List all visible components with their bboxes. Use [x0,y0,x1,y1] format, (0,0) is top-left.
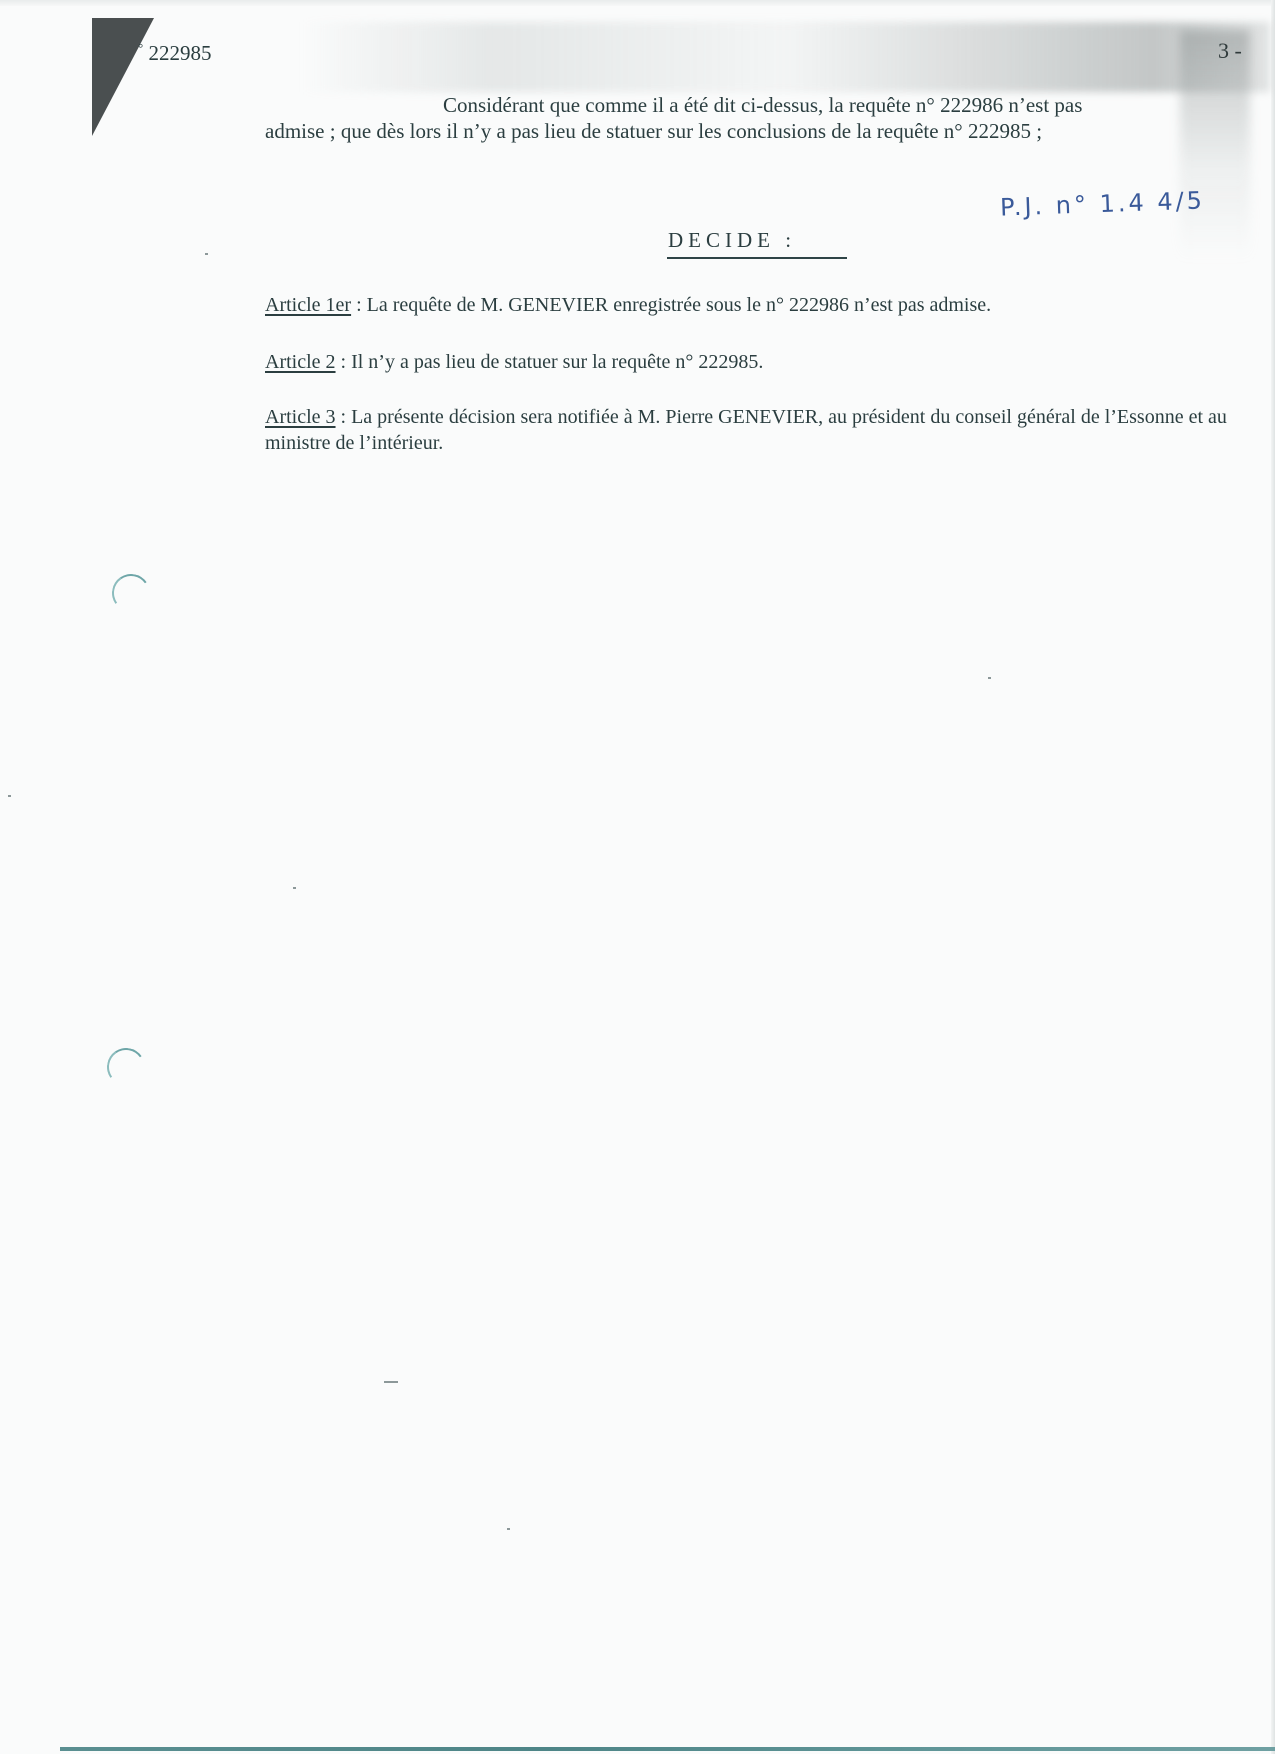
scan-speck [205,253,208,255]
article-3: Article 3 : La présente décision sera no… [265,404,1255,456]
scan-speck [988,677,991,679]
article-text: : Il n’y a pas lieu de statuer sur la re… [336,351,764,373]
folded-corner-shadow [92,18,154,136]
page-number: 3 - [1218,38,1242,64]
case-number: ° 222985 [138,40,211,66]
article-text: : La requête de M. GENEVIER enregistrée … [351,294,991,316]
article-1: Article 1er : La requête de M. GENEVIER … [265,292,1255,318]
page-top-edge [0,0,1275,6]
punch-hole-mark [109,571,153,615]
considerant-line-2: admise ; que dès lors il n’y a pas lieu … [265,119,1042,143]
considerant-line-1: Considérant que comme il a été dit ci-de… [443,93,1082,117]
decision-heading-underline [667,257,847,259]
scan-speck [8,795,11,797]
considerant-paragraph: Considérant que comme il a été dit ci-de… [265,92,1250,144]
scan-smudge [300,22,1270,92]
punch-hole-mark [104,1045,148,1089]
article-text: : La présente décision sera notifiée à M… [265,406,1227,454]
scan-speck [507,1528,510,1530]
scan-smudge [1180,30,1250,260]
case-number-value: 222985 [148,41,211,65]
handwritten-annotation: P.J. n° 1.4 4/5 [1000,186,1206,221]
article-label: Article 3 [265,406,336,428]
scanned-page: ° 222985 3 - Considérant que comme il a … [0,0,1275,1754]
scan-speck [384,1381,398,1383]
article-2: Article 2 : Il n’y a pas lieu de statuer… [265,349,1255,375]
decision-heading: DECIDE : [668,228,796,253]
article-label: Article 2 [265,351,336,373]
page-right-edge [1271,0,1275,1754]
page-bottom-edge [60,1747,1275,1751]
article-label: Article 1er [265,294,351,316]
scan-speck [293,887,296,889]
